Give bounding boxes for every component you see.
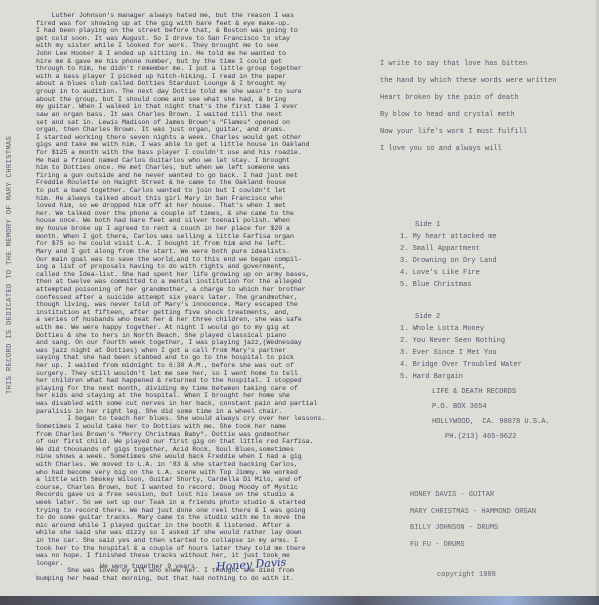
letter-line: John Lee Hooker & I ended up sitting in.… <box>36 50 366 58</box>
letter-line: to put a band together. Carlos wanted to… <box>36 187 366 195</box>
letter-line: her up. I waited from midnight to 6:30 A… <box>36 362 366 370</box>
letter-line: with Charles. We moved to L.A. in '83 & … <box>36 461 366 469</box>
letter-line: group in to audition. The next day Dotti… <box>36 88 366 96</box>
letter-line: month. When I got there, Carlos was sell… <box>36 233 366 241</box>
letter-line: longer. <box>36 560 366 568</box>
letter-line: my guitar. When I walked in that night t… <box>36 103 366 111</box>
letter-line: him to Dotties once. He met Charles, but… <box>36 164 366 172</box>
letter-line: confessed after a suicide attempt six ye… <box>36 294 366 302</box>
letter-line: a series of husbands who beat her & her … <box>36 316 366 324</box>
label-po-box: P.O. BOX 3654 <box>432 403 550 418</box>
letter-line: him. He always talked about this girl Ma… <box>36 195 366 203</box>
letter-line: playing for the next month, dividing my … <box>36 385 366 393</box>
letter-line: to do some guitar tracks. Mary came to t… <box>36 514 366 522</box>
side-title: Side 1 <box>400 221 497 233</box>
letter-line: firing a gun outside and he never wanted… <box>36 172 366 180</box>
letter-line: fired was for showing up at the gig with… <box>36 20 366 28</box>
copyright: copyright 1988 <box>437 571 496 579</box>
poem: I write to say that love has bitten the … <box>380 60 556 162</box>
letter-line: was disabled with some cut nerves in her… <box>36 400 366 408</box>
letter-line: with me. We were happy together. At nigh… <box>36 324 366 332</box>
letter-line: Sometimes I would take her to Dotties wi… <box>36 423 366 431</box>
letter-line: loved him, so we dropped him off at her … <box>36 202 366 210</box>
track: 2. Small Appartment <box>400 245 497 257</box>
letter-line: while she said she was dizzy so I asked … <box>36 529 366 537</box>
letter-line: for $75 so he could visit L.A. I bought … <box>36 240 366 248</box>
poem-line: By blow to head and crystal meth <box>380 111 556 128</box>
credit: MARY CHRISTMAS - HAMMOND ORGAN <box>410 508 536 525</box>
track: 2. You Never Seen Nothing <box>400 337 522 349</box>
letter-line: ing a list of proposals having to do wit… <box>36 263 366 271</box>
letter-line: took her to the hospital & a couple of h… <box>36 545 366 553</box>
poem-line: I love you so and always will <box>380 145 556 162</box>
letter-line: week later. So we set up our Teak in a f… <box>36 499 366 507</box>
letter-line: for $125 a month with the bass player I … <box>36 149 366 157</box>
tracklist-side-1: Side 1 1. My heart attacked me 2. Small … <box>400 221 497 293</box>
letter-line: set and sat in. Lewis Madison of James B… <box>36 119 366 127</box>
track: 5. Blue Christmas <box>400 281 497 293</box>
letter-line: She was loved by all who knew her. I tho… <box>36 567 366 575</box>
side-title: Side 2 <box>400 313 522 325</box>
letter-line: then at twelve was committed to a mental… <box>36 278 366 286</box>
letter-line: her children what had happened & returne… <box>36 377 366 385</box>
track: 1. Whole Lotta Money <box>400 325 522 337</box>
letter-line: nine shows a week. Sometimes she would b… <box>36 453 366 461</box>
letter-line: surgery. They still wouldn't let me see … <box>36 370 366 378</box>
letter-line: organ, then Charles Brown. It was just o… <box>36 126 366 134</box>
letter-line: from Charles Brown's "Merry Christmas Ba… <box>36 431 366 439</box>
track: 4. Love's Like Fire <box>400 269 497 281</box>
poem-line: Heart broken by the pain of death <box>380 94 556 111</box>
letter-line: I started working there seven nights a w… <box>36 134 366 142</box>
letter-line: house once. We both had bare feet and si… <box>36 217 366 225</box>
letter-line: Dotties & she to hers in North Beach. Sh… <box>36 332 366 340</box>
letter-line: bumping her head that morning, but that … <box>36 575 366 583</box>
letter-line: of our first child. We played our first … <box>36 438 366 446</box>
dedication-text: THIS RECORD IS DEDICATED TO THE MEMORY O… <box>6 136 14 394</box>
letter-line: was no hope. I finished these tracks wit… <box>36 552 366 560</box>
label-city: HOLLYWOOD, CA. 90078 U.S.A. <box>432 418 550 433</box>
musician-credits: HONEY DAVIS - GUITAR MARY CHRISTMAS - HA… <box>410 491 536 557</box>
letter-line: trying to record there. We had just done… <box>36 507 366 515</box>
credit: BILLY JOHNSON - DRUMS <box>410 524 536 541</box>
letter-line: her kids and staying at the hospital. Wh… <box>36 392 366 400</box>
letter-line: with my sister while I looked for work. … <box>36 42 366 50</box>
letter-line: about the group, but I should come and s… <box>36 96 366 104</box>
letter-body: Luther Johnson's manager always hated me… <box>36 12 366 583</box>
letter-line: Records gave us a free session, but lost… <box>36 491 366 499</box>
letter-line: in the car. She said yes and then starte… <box>36 537 366 545</box>
letter-line: though living, was never told of Mary's … <box>36 301 366 309</box>
credit: FU FU - DRUMS <box>410 541 536 558</box>
record-sleeve-back: THIS RECORD IS DEDICATED TO THE MEMORY O… <box>0 0 599 596</box>
background-strip <box>0 596 599 605</box>
record-label-info: LIFE & DEATH RECORDS P.O. BOX 3654 HOLLY… <box>432 388 550 448</box>
letter-line: with a bass player I picked up hitch-hik… <box>36 73 366 81</box>
label-name: LIFE & DEATH RECORDS <box>432 388 550 403</box>
letter-line: Luther Johnson's manager always hated me… <box>36 12 366 20</box>
letter-line: paralisis in her right leg. She did some… <box>36 408 366 416</box>
letter-line: called the Idea-list. She had spent her … <box>36 271 366 279</box>
track: 4. Bridge Over Troubled Water <box>400 361 522 373</box>
dedication: THIS RECORD IS DEDICATED TO THE MEMORY O… <box>4 150 16 380</box>
letter-line: I had been playing on the street before … <box>36 27 366 35</box>
letter-line: my house broke up I agreed to rent a cou… <box>36 225 366 233</box>
letter-line: Freddie Roulette on Haight Street & he c… <box>36 179 366 187</box>
letter-line: about a blues club called Dotties Stardu… <box>36 80 366 88</box>
letter-line: who had become very big on the L.A. scen… <box>36 469 366 477</box>
letter-closing: We were together 9 years. <box>100 563 199 570</box>
letter-line: hire me & gave me his phone number, but … <box>36 58 366 66</box>
letter-line: I began to teach her blues. She would al… <box>36 415 366 423</box>
letter-line: saw an organ bass. It was Charles Brown.… <box>36 111 366 119</box>
letter-line: get cold soon. It was August. So I drove… <box>36 35 366 43</box>
poem-line: I write to say that love has bitten <box>380 60 556 77</box>
letter-line: Our main goal was to save the world,and … <box>36 256 366 264</box>
letter-line: We did thousands of gigs together, Acid … <box>36 446 366 454</box>
track: 1. My heart attacked me <box>400 233 497 245</box>
letter-line: mic around while I played guitar in the … <box>36 522 366 530</box>
track: 5. Hard Bargain <box>400 373 522 385</box>
letter-line: institution at fifteen, after getting fi… <box>36 309 366 317</box>
tracklist-side-2: Side 2 1. Whole Lotta Money 2. You Never… <box>400 313 522 385</box>
poem-line: the hand by which these words were writt… <box>380 77 556 94</box>
letter-line: her. We talked over the phone a couple o… <box>36 210 366 218</box>
letter-line: and sang. On our fourth week together, I… <box>36 339 366 347</box>
letter-line: a little with Smokey Wilson, Guitar Shor… <box>36 476 366 484</box>
letter-line: gigs and take me with him. I was able to… <box>36 141 366 149</box>
letter-line: attempted poisoning of her grandmother, … <box>36 286 366 294</box>
letter-line: was jazz night at Dotties) when I got a … <box>36 347 366 355</box>
track: 3. Drowning on Dry Land <box>400 257 497 269</box>
letter-line: through to him, he didn't remember me. I… <box>36 65 366 73</box>
credit: HONEY DAVIS - GUITAR <box>410 491 536 508</box>
letter-line: Mary and I got along from the start. We … <box>36 248 366 256</box>
label-phone: PH.(213) 465-9622 <box>432 433 550 448</box>
letter-line: He had a friend named Carlos Guitarlos w… <box>36 157 366 165</box>
letter-line: saying that she had been stabbed and to … <box>36 354 366 362</box>
poem-line: Now your life's work I must fulfill <box>380 128 556 145</box>
letter-line: course, Charles Brown, but I wanted to r… <box>36 484 366 492</box>
track: 3. Ever Since I Met You <box>400 349 522 361</box>
